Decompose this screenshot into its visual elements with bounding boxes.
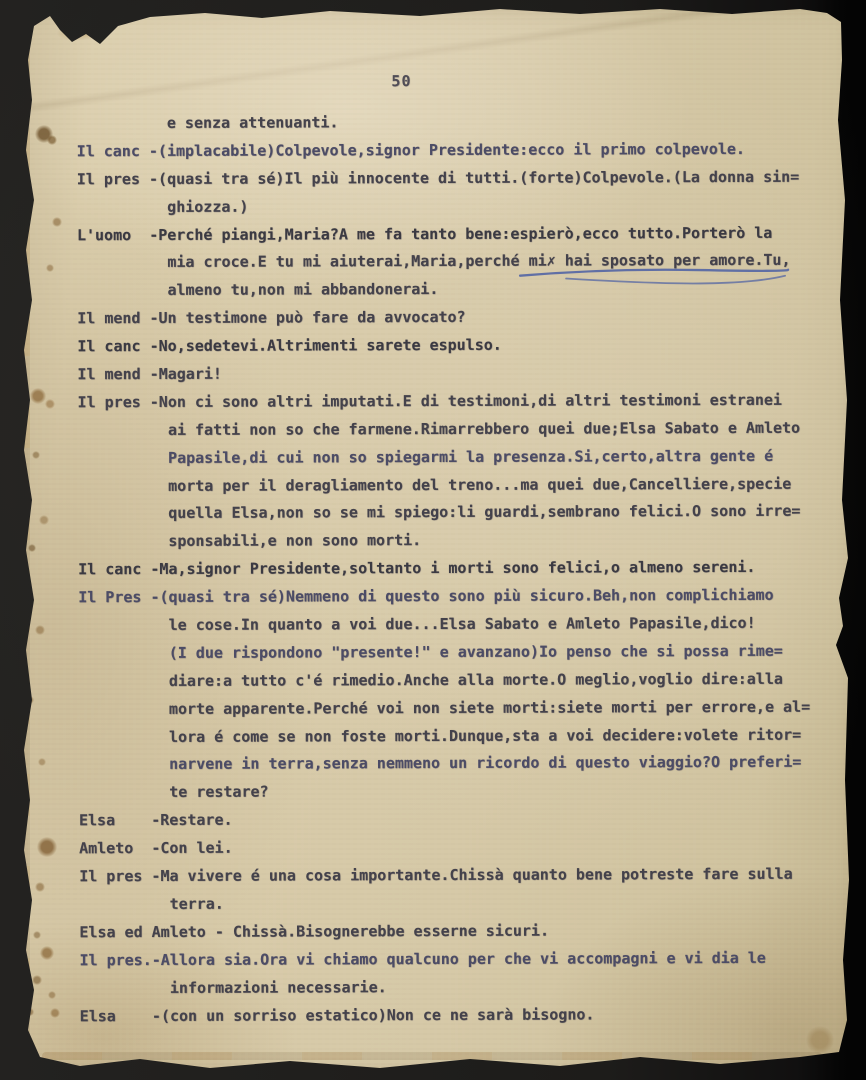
typescript-line: e senza attenuanti. (76, 108, 808, 138)
typescript-line: morta per il deragliamento del treno...m… (78, 470, 810, 500)
typescript-line: Papasile,di cui non so spiegarmi la pres… (78, 442, 810, 472)
typescript-line: quella Elsa,non so se mi spiego:li guard… (78, 498, 810, 528)
page-content: 50 e senza attenuanti.Il canc -(implacab… (0, 0, 866, 1080)
typescript-line: te restare? (79, 777, 811, 807)
scanned-page: 50 e senza attenuanti.Il canc -(implacab… (0, 0, 866, 1080)
typescript-line: Il pres.-Allora sia.Ora vi chiamo qualcu… (79, 944, 811, 974)
typescript-line: Il pres -(quasi tra sé)Il più innocente … (77, 163, 809, 193)
typescript-line: Il canc -No,sedetevi.Altrimenti sarete e… (77, 331, 809, 361)
typescript-line: Il Pres -(quasi tra sé)Nemmeno di questo… (78, 582, 810, 612)
page-number: 50 (391, 72, 411, 90)
typescript-line: Il canc -Ma,signor Presidente,soltanto i… (78, 554, 810, 584)
typescript-line: Il mend -Un testimone può fare da avvoca… (77, 303, 809, 333)
typescript-line: informazioni necessarie. (80, 972, 812, 1002)
typescript-line: Elsa ed Amleto - Chissà.Bisognerebbe ess… (79, 917, 811, 947)
typescript-line: diare:a tutto c'é rimedio.Anche alla mor… (78, 665, 810, 695)
typescript-lines: e senza attenuanti.Il canc -(implacabile… (76, 108, 811, 1031)
typescript-line: almeno tu,non mi abbandonerai. (77, 275, 809, 305)
typescript-line: sponsabili,e non sono morti. (78, 526, 810, 556)
typescript-line: le cose.In quanto a voi due...Elsa Sabat… (78, 610, 810, 640)
typescript-line: terra. (79, 889, 811, 919)
typescript-line: narvene in terra,senza nemmeno un ricord… (79, 749, 811, 779)
typescript-line: Il mend -Magari! (77, 359, 809, 389)
typescript-line: mia croce.E tu mi aiuterai,Maria,perché … (77, 247, 809, 277)
typescript-line: ghiozza.) (77, 191, 809, 221)
typescript-line: morte apparente.Perché voi non siete mor… (79, 693, 811, 723)
typescript-line: (I due rispondono "presente!" e avanzano… (78, 638, 810, 668)
typescript-line: Il canc -(implacabile)Colpevole,signor P… (77, 136, 809, 166)
typescript-line: Il pres -Non ci sono altri imputati.E di… (77, 387, 809, 417)
typescript-line: L'uomo -Perché piangi,Maria?A me fa tant… (77, 219, 809, 249)
typescript-line: Elsa -Restare. (79, 805, 811, 835)
scan-background: 50 e senza attenuanti.Il canc -(implacab… (0, 0, 866, 1080)
typescript-line: Il pres -Ma vivere é una cosa importante… (79, 861, 811, 891)
typescript-line: ai fatti non so che farmene.Rimarrebbero… (78, 414, 810, 444)
typescript-line: lora é come se non foste morti.Dunque,st… (79, 721, 811, 751)
typescript-line: Amleto -Con lei. (79, 833, 811, 863)
typescript-line: Elsa -(con un sorriso estatico)Non ce ne… (80, 1000, 812, 1030)
